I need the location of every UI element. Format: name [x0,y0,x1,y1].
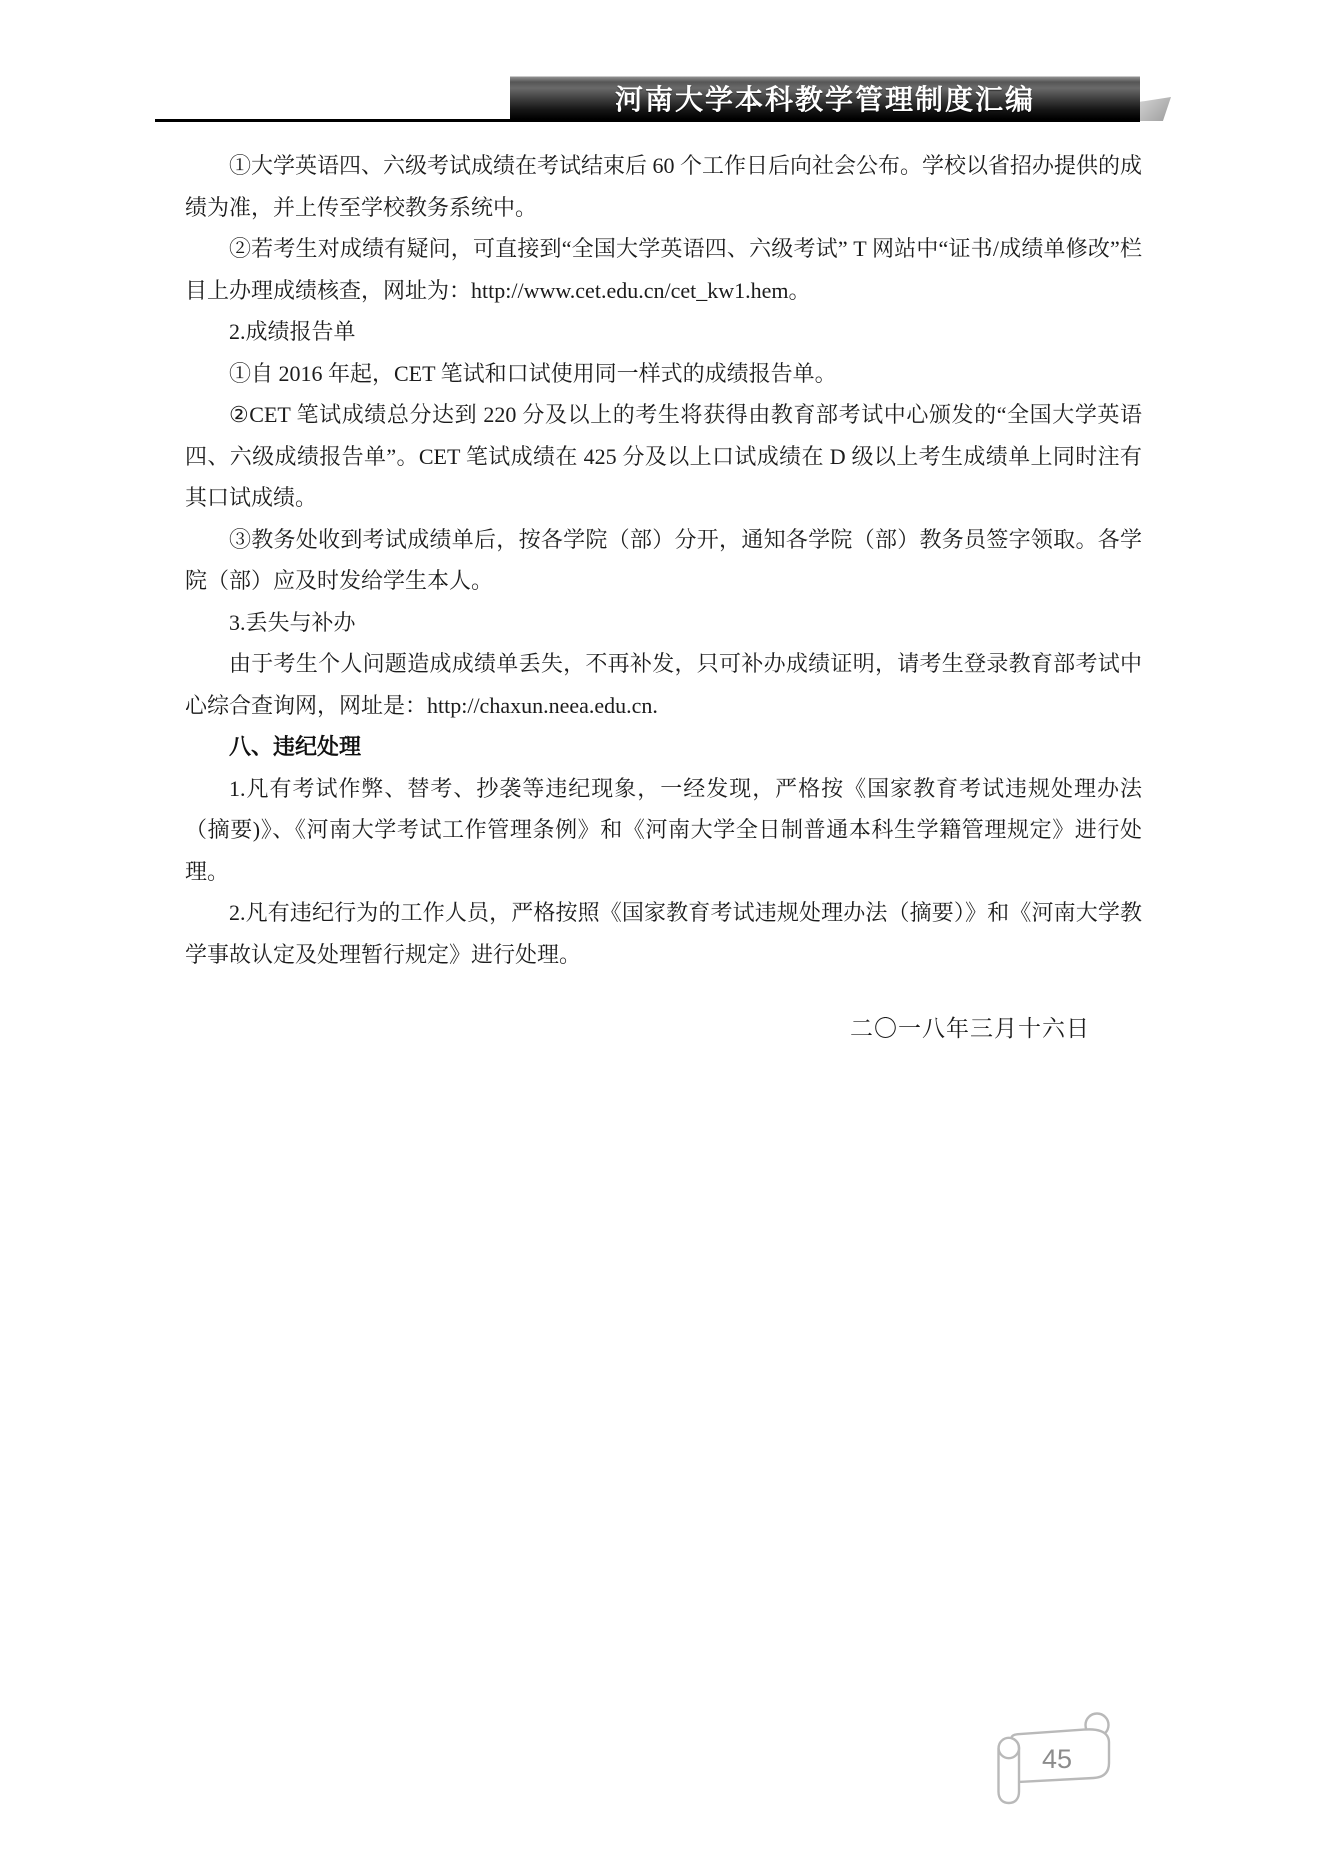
paragraph-report-style: ①自 2016 年起，CET 笔试和口试使用同一样式的成绩报告单。 [185,353,1142,395]
paragraph-score-release: ①大学英语四、六级考试成绩在考试结束后 60 个工作日后向社会公布。学校以省招办… [185,145,1142,228]
paragraph-discipline-staff: 2.凡有违纪行为的工作人员，严格按照《国家教育考试违规处理办法（摘要）》和《河南… [185,892,1142,975]
document-page: 河南大学本科教学管理制度汇编 ①大学英语四、六级考试成绩在考试结束后 60 个工… [0,0,1323,1871]
header-arrow-decoration [1140,97,1171,121]
header-divider [155,119,1140,122]
document-body: ①大学英语四、六级考试成绩在考试结束后 60 个工作日后向社会公布。学校以省招办… [185,145,1142,975]
section-heading-discipline: 八、违纪处理 [185,726,1142,768]
document-date: 二〇一八年三月十六日 [185,1010,1142,1043]
paragraph-report-issue: ②CET 笔试成绩总分达到 220 分及以上的考生将获得由教育部考试中心颁发的“… [185,394,1142,519]
paragraph-loss-reissue: 由于考生个人问题造成成绩单丢失，不再补发，只可补办成绩证明，请考生登录教育部考试… [185,643,1142,726]
paragraph-discipline-student: 1.凡有考试作弊、替考、抄袭等违纪现象，一经发现，严格按《国家教育考试违规处理办… [185,768,1142,893]
page-scroll-icon: 45 [995,1710,1120,1812]
paragraph-report-dispatch: ③教务处收到考试成绩单后，按各学院（部）分开，通知各学院（部）教务员签字领取。各… [185,519,1142,602]
header-banner-title: 河南大学本科教学管理制度汇编 [615,78,1035,118]
page-number: 45 [1042,1744,1072,1774]
header-banner: 河南大学本科教学管理制度汇编 [510,76,1140,119]
paragraph-score-query: ②若考生对成绩有疑问，可直接到“全国大学英语四、六级考试” T 网站中“证书/成… [185,228,1142,311]
paragraph-report-title: 2.成绩报告单 [185,311,1142,353]
paragraph-loss-title: 3.丢失与补办 [185,602,1142,644]
